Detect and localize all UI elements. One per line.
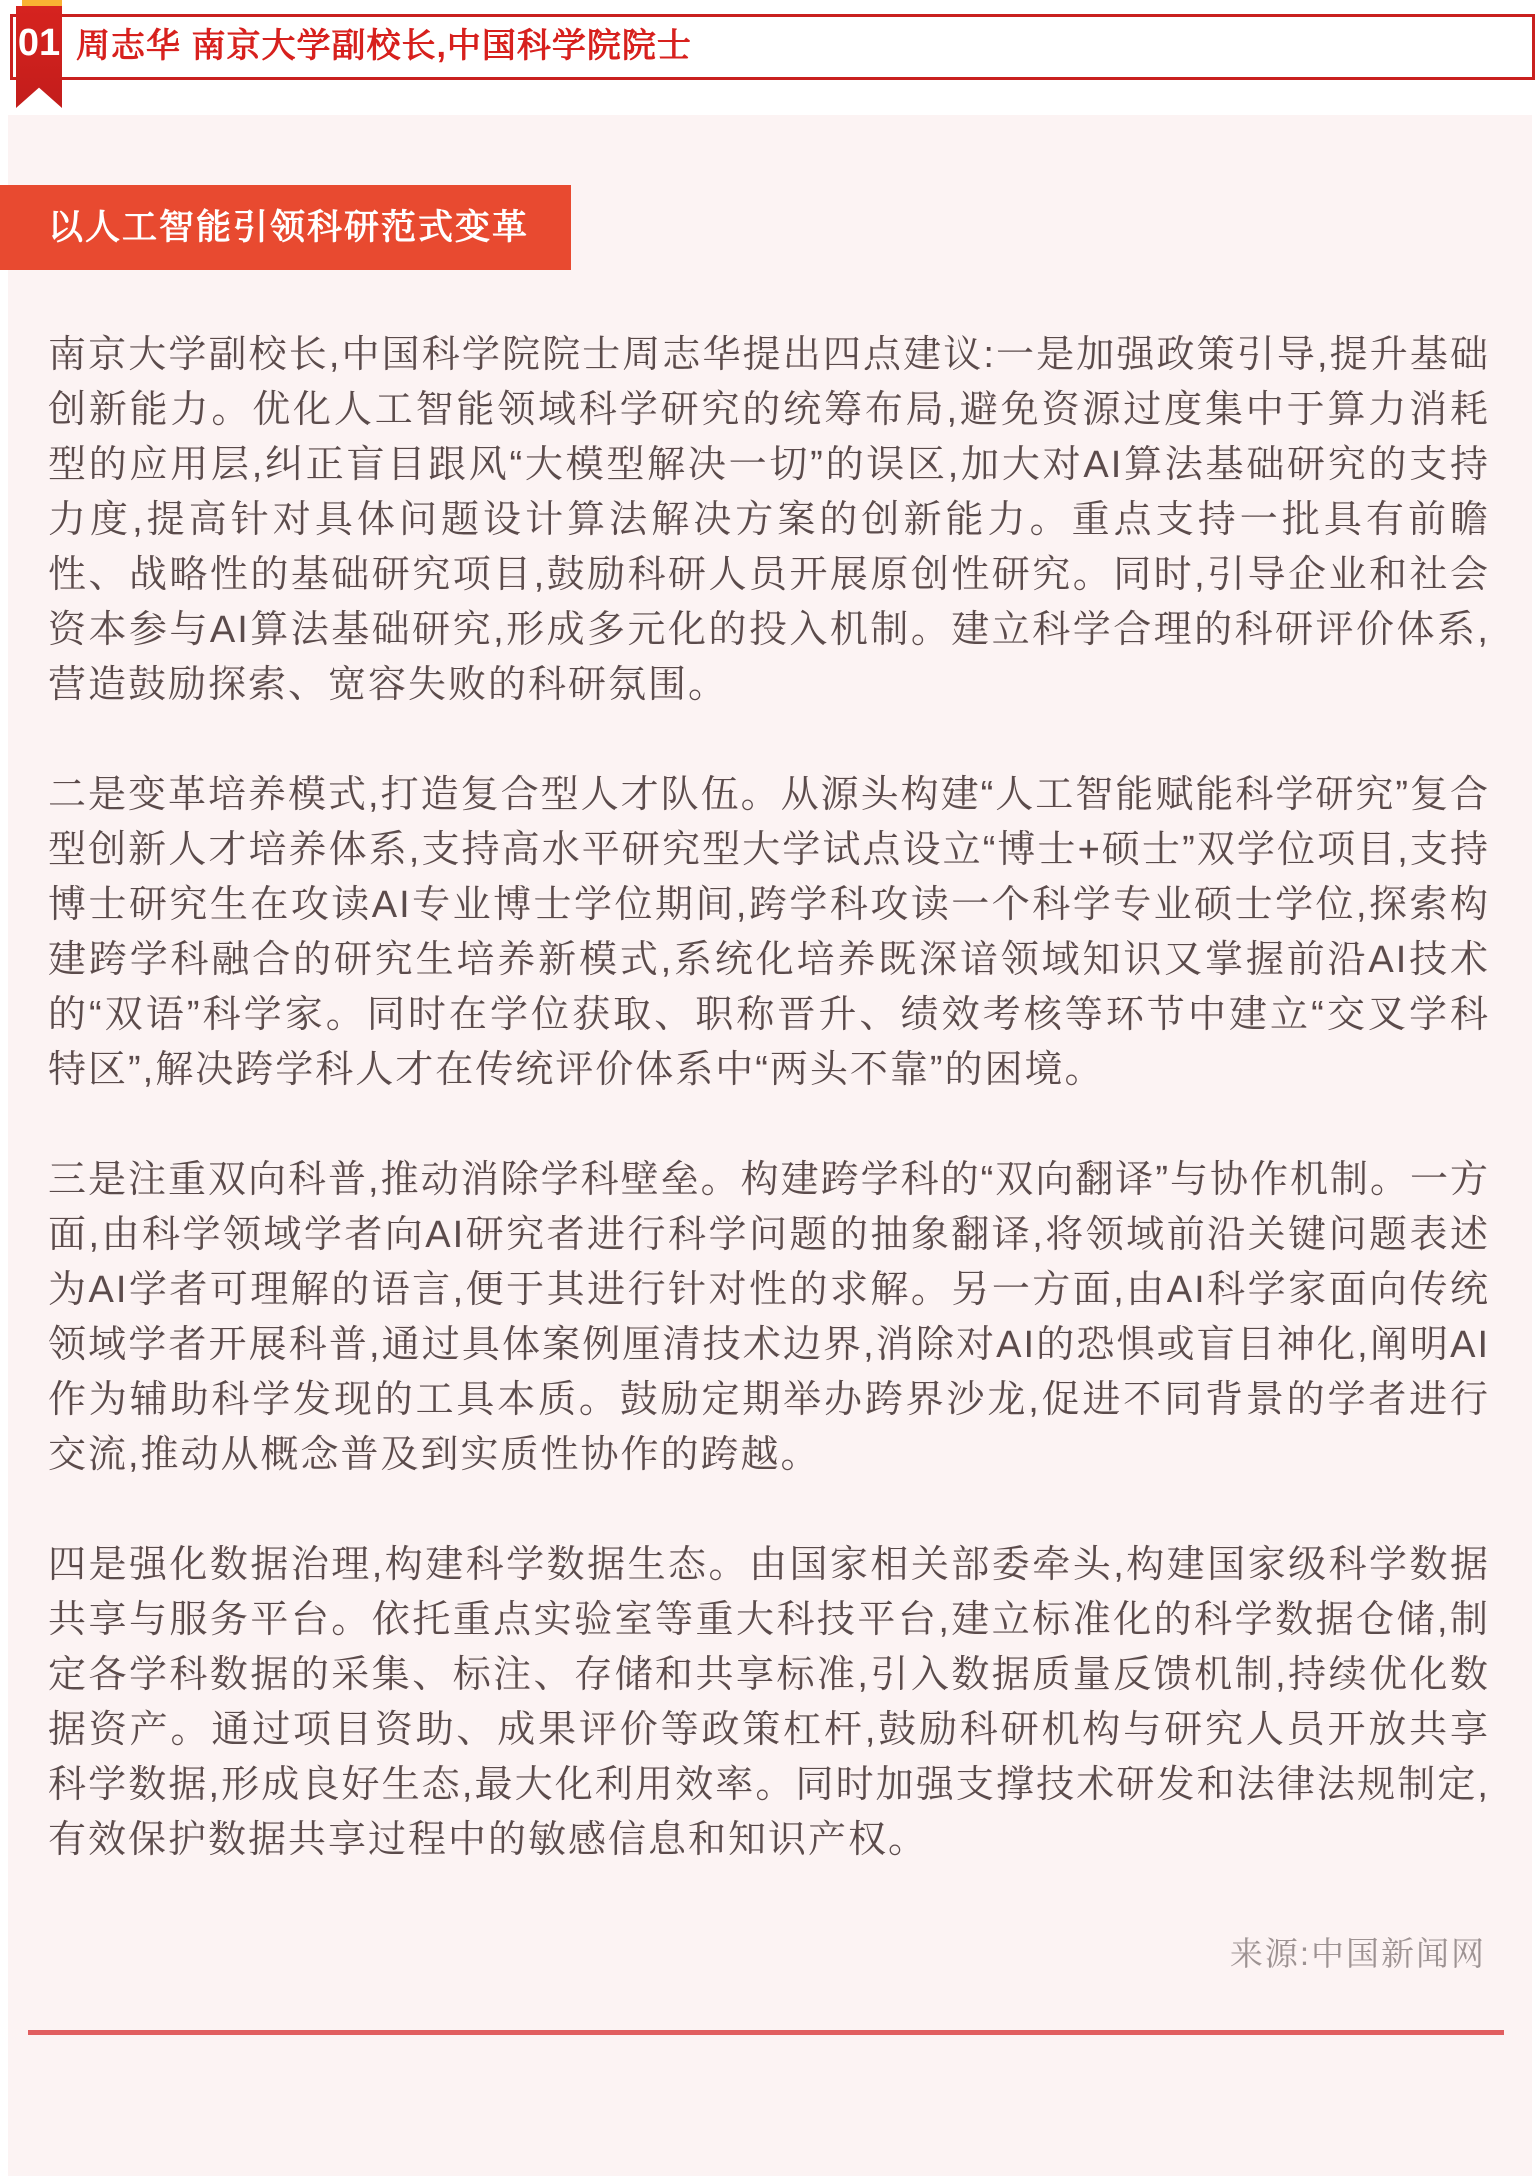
paragraph-4: 四是强化数据治理,构建科学数据生态。由国家相关部委牵头,构建国家级科学数据共享与… — [48, 1538, 1490, 1868]
article-title-badge: 以人工智能引领科研范式变革 — [0, 185, 571, 270]
paragraph-1: 南京大学副校长,中国科学院院士周志华提出四点建议:一是加强政策引导,提升基础创新… — [48, 328, 1490, 713]
paragraph-2: 二是变革培养模式,打造复合型人才队伍。从源头构建“人工智能赋能科学研究”复合型创… — [48, 768, 1490, 1098]
page: 周志华 南京大学副校长,中国科学院院士 01 以人工智能引领科研范式变革 南京大… — [0, 0, 1538, 2176]
bookmark-ribbon-icon: 01 — [16, 6, 62, 108]
source-attribution: 来源:中国新闻网 — [8, 1928, 1486, 1975]
paragraph-3: 三是注重双向科普,推动消除学科壁垒。构建跨学科的“双向翻译”与协作机制。一方面,… — [48, 1153, 1490, 1483]
bottom-divider — [28, 2030, 1504, 2035]
article-body: 南京大学副校长,中国科学院院士周志华提出四点建议:一是加强政策引导,提升基础创新… — [48, 328, 1490, 1868]
article-panel: 以人工智能引领科研范式变革 南京大学副校长,中国科学院院士周志华提出四点建议:一… — [8, 115, 1532, 2176]
section-number: 01 — [16, 24, 62, 62]
section-header-title: 周志华 南京大学副校长,中国科学院院士 — [76, 14, 692, 80]
